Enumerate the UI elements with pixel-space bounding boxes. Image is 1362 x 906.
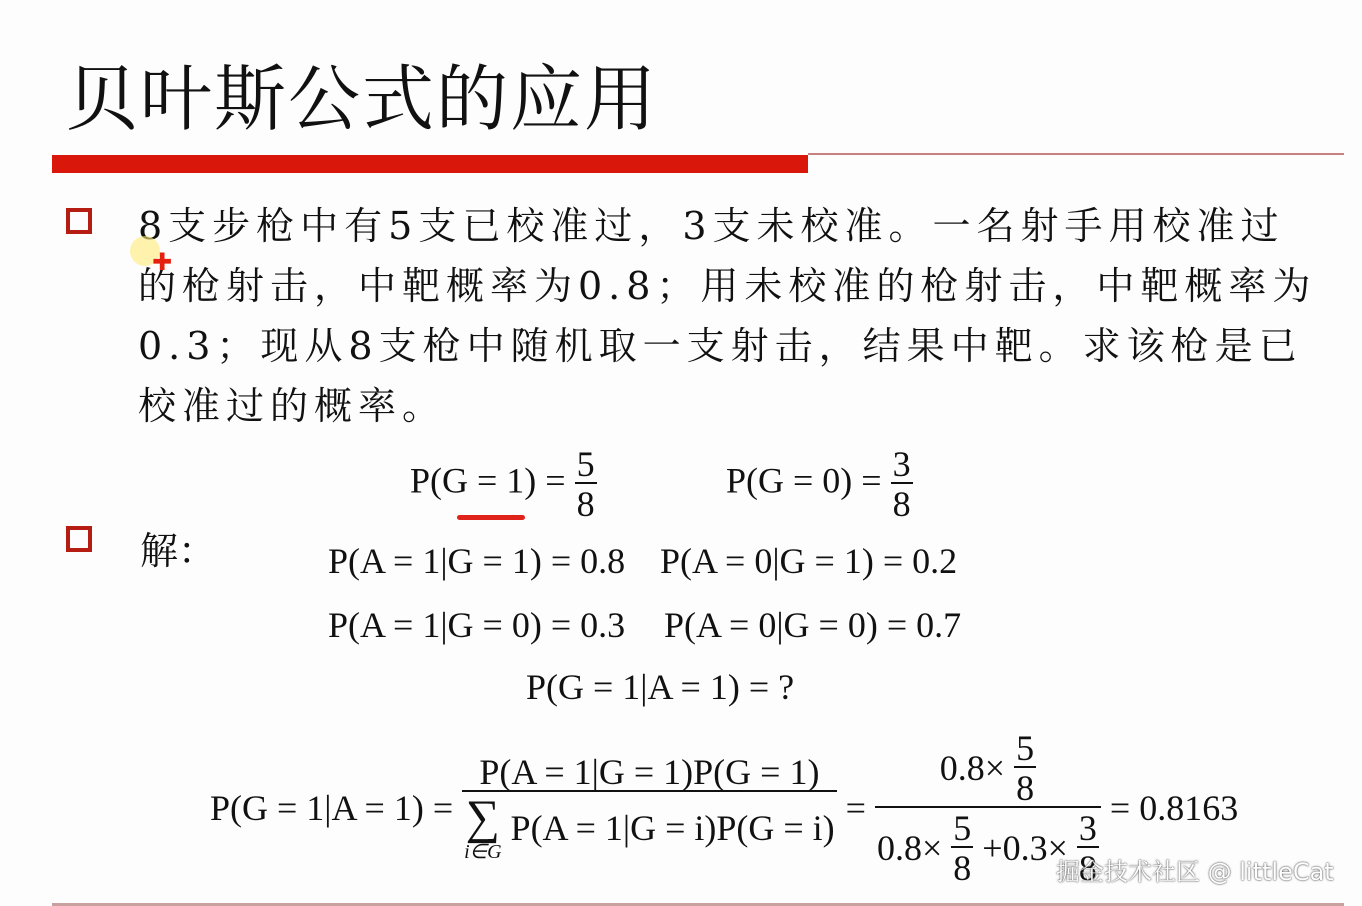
bayes-denominator: ∑ i∈G P(A = 1|G = i)P(G = i)	[462, 790, 837, 862]
cursor-plus-icon: ✚	[152, 252, 172, 272]
eq-prior-g0: P(G = 0) = 3 8	[726, 446, 913, 522]
bullet-square-icon	[66, 526, 92, 552]
eq-a0-given-g1: P(A = 0|G = 1) = 0.2	[660, 540, 957, 582]
eq-lhs: P(G = 1) =	[410, 460, 566, 500]
frac-den: 8	[951, 846, 973, 886]
calc-numerator: 0.8× 5 8	[875, 730, 1101, 806]
equals: =	[846, 788, 866, 828]
bayes-result: = 0.8163	[1110, 788, 1238, 828]
eq-prior-g1: P(G = 1) = 5 8	[410, 446, 597, 522]
denominator-term: P(A = 1|G = i)P(G = i)	[511, 808, 835, 848]
watermark: 掘金技术社区 @ littleCat	[1056, 852, 1334, 887]
summation: ∑ i∈G	[464, 794, 501, 862]
frac-num: 3	[1077, 810, 1099, 846]
eq-question: P(G = 1|A = 1) = ?	[526, 666, 794, 708]
sigma-symbol: ∑	[464, 794, 501, 842]
title-divider-line	[808, 153, 1344, 155]
solution-label: 解：	[140, 520, 216, 575]
calc-den-a: 0.8×	[877, 828, 942, 868]
eq-a1-given-g0: P(A = 1|G = 0) = 0.3	[328, 604, 625, 646]
fraction: 3 8	[891, 446, 913, 522]
bayes-numerator: P(A = 1|G = 1)P(G = 1)	[462, 754, 837, 790]
slide-title: 贝叶斯公式的应用	[66, 54, 658, 144]
frac-num: 5	[951, 810, 973, 846]
fraction: 5 8	[1014, 730, 1036, 806]
frac-den: 8	[1014, 766, 1036, 806]
bayes-lhs: P(G = 1|A = 1) =	[210, 788, 453, 828]
eq-lhs: P(G = 0) =	[726, 460, 882, 500]
title-accent-bar	[52, 155, 808, 173]
fraction: 5 8	[575, 446, 597, 522]
frac-num: 3	[891, 446, 913, 482]
red-pen-underline	[457, 515, 525, 520]
eq-a1-given-g1: P(A = 1|G = 1) = 0.8	[328, 540, 625, 582]
calc-num-prefix: 0.8×	[940, 748, 1005, 788]
fraction: 5 8	[951, 810, 973, 886]
sum-subscript: i∈G	[464, 842, 501, 862]
problem-statement: 8支步枪中有5支已校准过，3支未校准。一名射手用校准过的枪射击，中靶概率为0.8…	[138, 196, 1318, 436]
eq-a0-given-g0: P(A = 0|G = 0) = 0.7	[664, 604, 961, 646]
frac-num: 5	[575, 446, 597, 482]
frac-num: 5	[1014, 730, 1036, 766]
frac-den: 8	[891, 482, 913, 522]
bayes-fraction: P(A = 1|G = 1)P(G = 1) ∑ i∈G P(A = 1|G =…	[462, 754, 837, 862]
frac-den: 8	[575, 482, 597, 522]
bullet-square-icon	[66, 208, 92, 234]
